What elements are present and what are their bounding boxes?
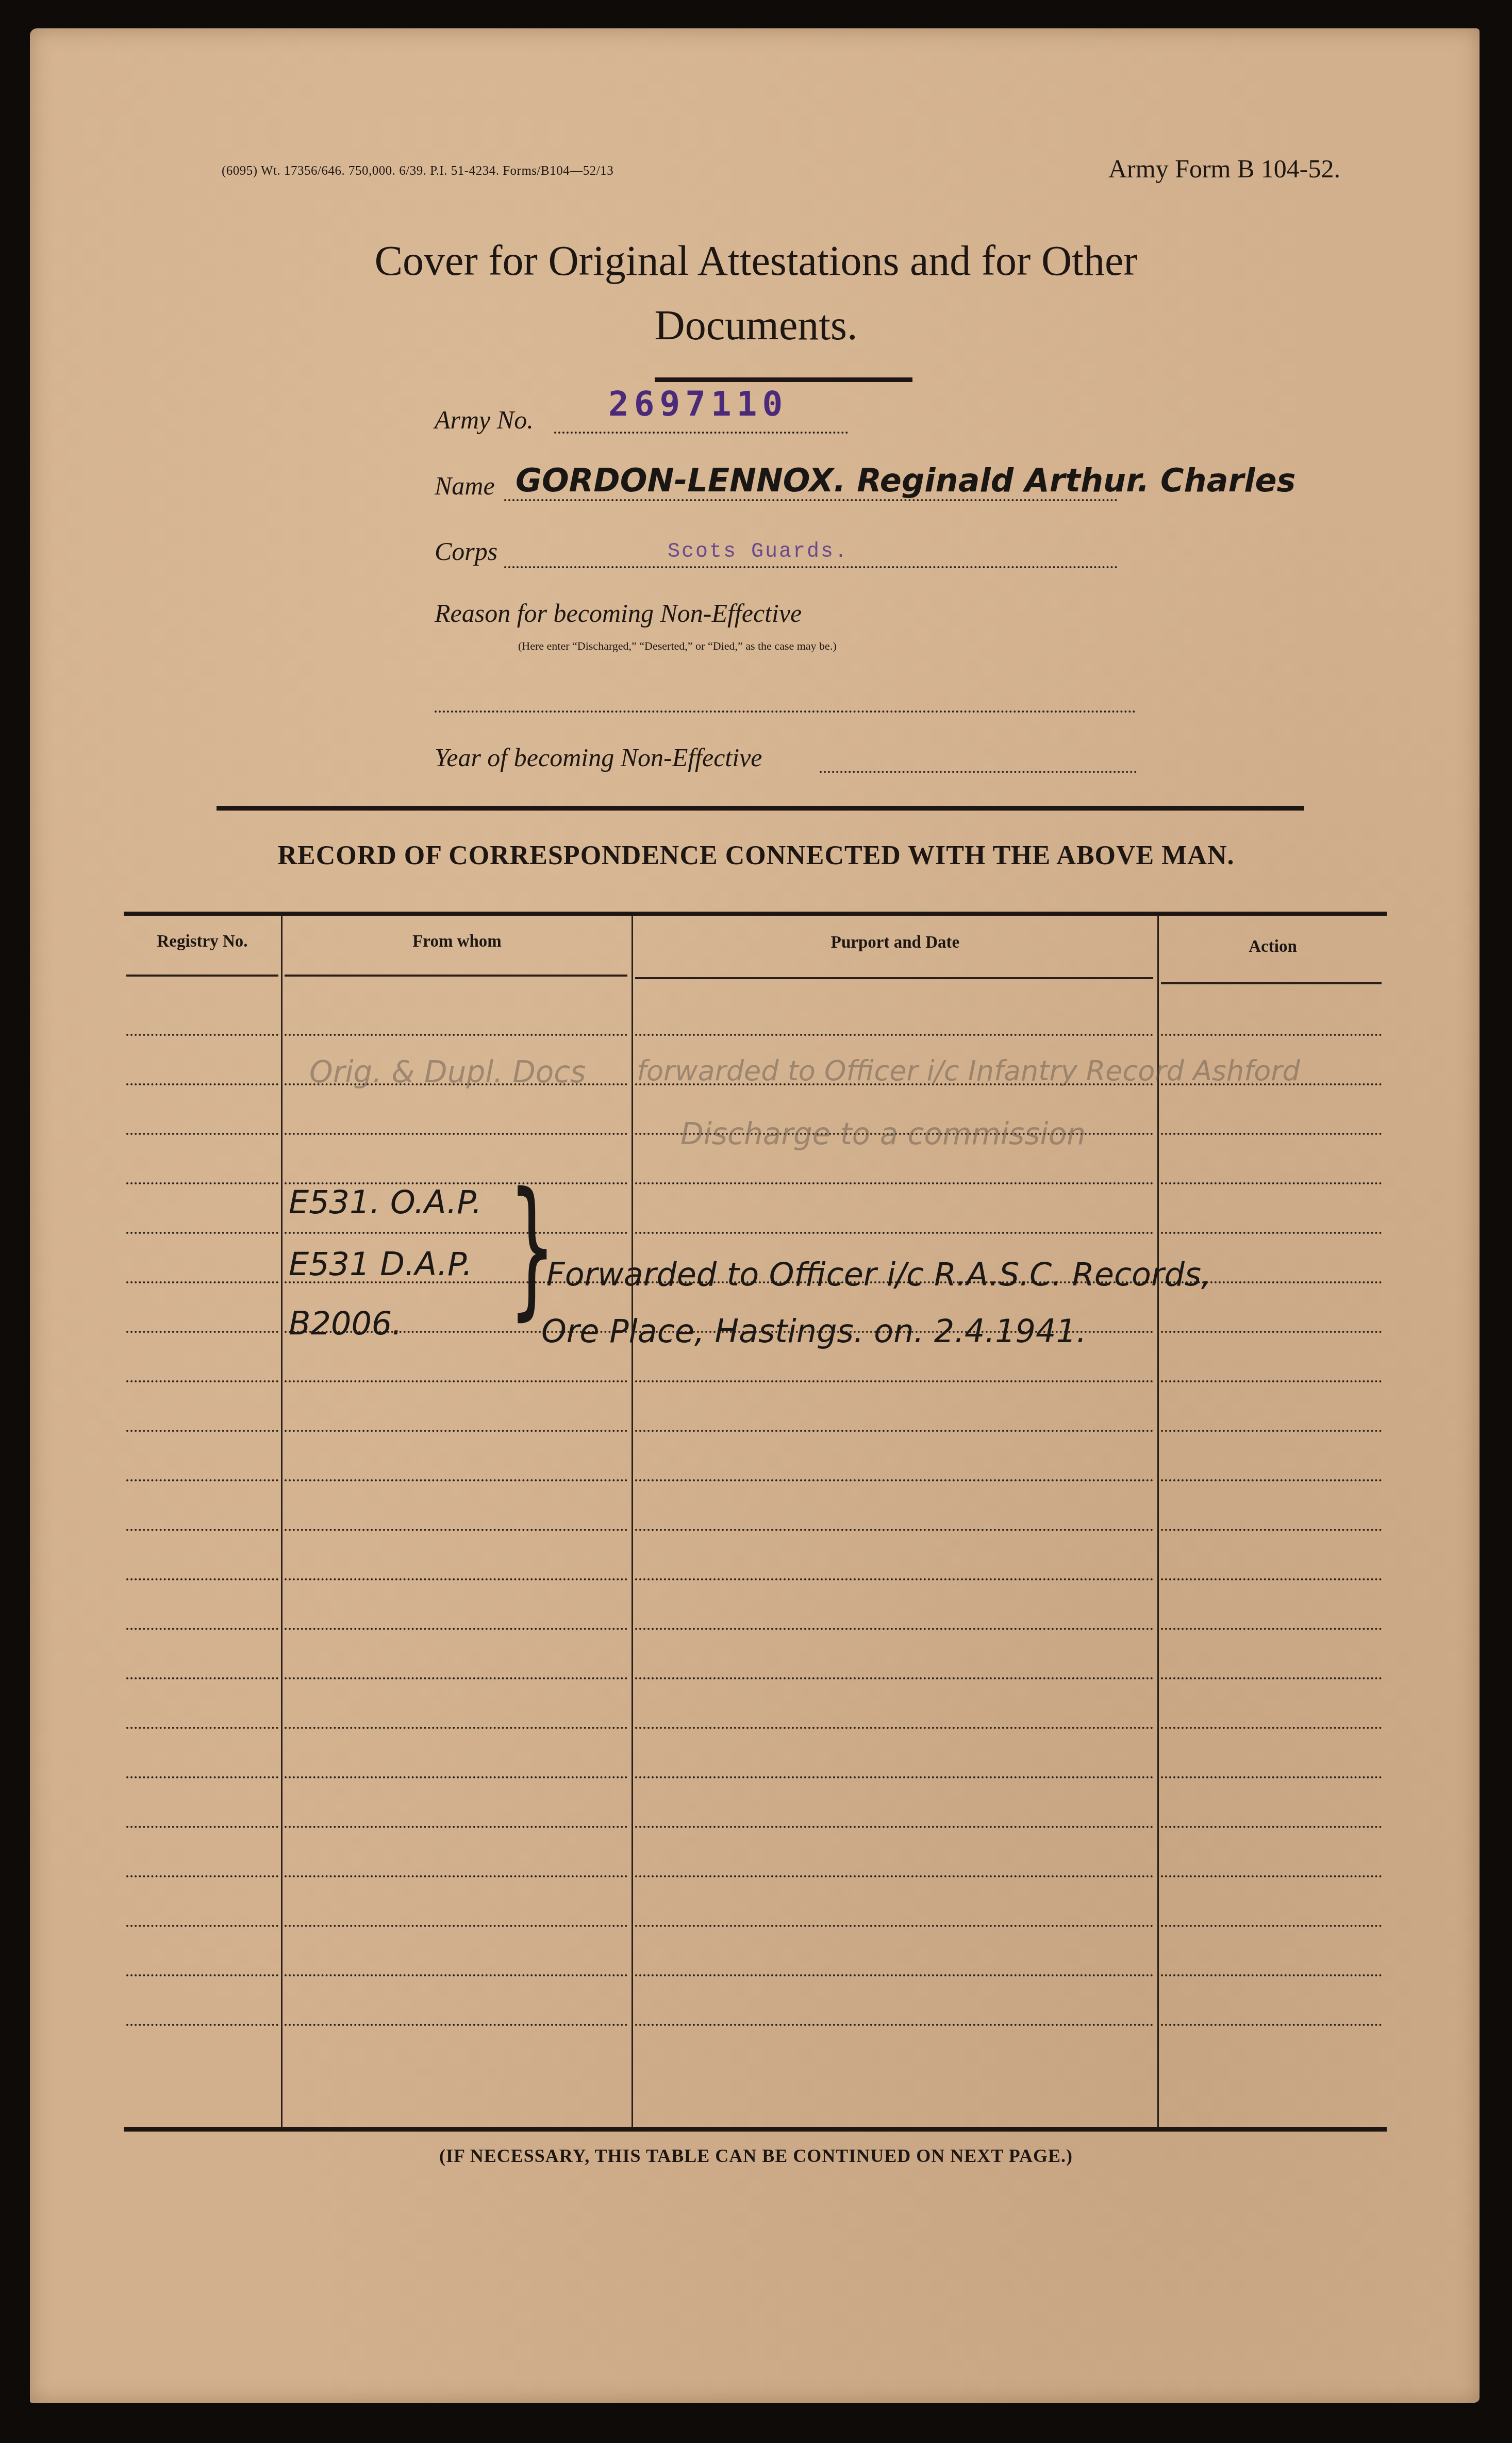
- column-divider: [1157, 916, 1159, 2127]
- row-dotted-line: [1161, 1331, 1382, 1333]
- section-divider: [217, 806, 1304, 811]
- print-reference-line: (6095) Wt. 17356/646. 750,000. 6/39. P.I…: [222, 164, 613, 178]
- row-dotted-line: [126, 1182, 278, 1184]
- pencil-entry-purport-line2: Discharge to a commission: [680, 1116, 1086, 1151]
- row-dotted-line: [1161, 1826, 1382, 1828]
- row-dotted-line: [1161, 1677, 1382, 1679]
- row-dotted-line: [126, 1529, 278, 1531]
- row-dotted-line: [1161, 1974, 1382, 1976]
- row-dotted-line: [285, 1776, 627, 1778]
- row-dotted-line: [126, 1875, 278, 1877]
- army-no-label: Army No.: [435, 405, 534, 435]
- row-dotted-line: [285, 1727, 627, 1729]
- row-dotted-line: [1161, 1430, 1382, 1432]
- header-underline: [1161, 982, 1382, 984]
- row-dotted-line: [1161, 1380, 1382, 1382]
- form-number: Army Form B 104-52.: [1108, 154, 1340, 184]
- column-header-registry-no: Registry No.: [124, 932, 281, 951]
- row-dotted-line: [126, 1380, 278, 1382]
- pencil-entry-purport-line1: forwarded to Officer i/c Infantry Record…: [637, 1054, 1300, 1087]
- row-dotted-line: [635, 1776, 1153, 1778]
- row-dotted-line: [126, 1083, 278, 1085]
- table-footer-note: (IF NECESSARY, THIS TABLE CAN BE CONTINU…: [0, 2145, 1512, 2167]
- row-dotted-line: [285, 1826, 627, 1828]
- name-value: GORDON-LENNOX. Reginald Arthur. Charles: [516, 461, 1295, 499]
- row-dotted-line: [285, 2024, 627, 2026]
- row-dotted-line: [285, 1875, 627, 1877]
- row-dotted-line: [126, 1034, 278, 1036]
- reason-label: Reason for becoming Non-Effective: [435, 598, 802, 628]
- name-label: Name: [435, 471, 495, 501]
- ink-entry-purport-line1: Forwarded to Officer i/c R.A.S.C. Record…: [546, 1256, 1211, 1293]
- column-divider: [632, 916, 633, 2127]
- row-dotted-line: [285, 1925, 627, 1927]
- row-dotted-line: [635, 1826, 1153, 1828]
- ink-entry-registry-3: B2006.: [289, 1305, 402, 1342]
- year-label: Year of becoming Non-Effective: [435, 742, 762, 772]
- row-dotted-line: [126, 1677, 278, 1679]
- row-dotted-line: [1161, 1727, 1382, 1729]
- row-dotted-line: [635, 1479, 1153, 1481]
- brace-icon: }: [508, 1173, 556, 1323]
- row-dotted-line: [635, 1727, 1153, 1729]
- row-dotted-line: [635, 1925, 1153, 1927]
- title-rule: [655, 377, 912, 382]
- row-dotted-line: [126, 1430, 278, 1432]
- row-dotted-line: [635, 1578, 1153, 1580]
- column-header-from-whom: From whom: [283, 932, 632, 951]
- row-dotted-line: [635, 1628, 1153, 1630]
- ink-entry-registry-2: E531 D.A.P.: [289, 1245, 473, 1283]
- row-dotted-line: [1161, 1776, 1382, 1778]
- row-dotted-line: [1161, 1232, 1382, 1234]
- row-dotted-line: [285, 1479, 627, 1481]
- row-dotted-line: [126, 1578, 278, 1580]
- row-dotted-line: [635, 1529, 1153, 1531]
- row-dotted-line: [126, 1331, 278, 1333]
- row-dotted-line: [1161, 1034, 1382, 1036]
- row-dotted-line: [635, 1232, 1153, 1234]
- row-dotted-line: [635, 1182, 1153, 1184]
- corps-label: Corps: [435, 536, 497, 566]
- row-dotted-line: [635, 2024, 1153, 2026]
- row-dotted-line: [1161, 2024, 1382, 2026]
- page-title-line2: Documents.: [0, 304, 1512, 346]
- column-header-purport-and-date: Purport and Date: [633, 933, 1157, 952]
- row-dotted-line: [126, 1133, 278, 1135]
- header-underline: [635, 977, 1153, 979]
- row-dotted-line: [285, 1133, 627, 1135]
- row-dotted-line: [285, 1232, 627, 1234]
- row-dotted-line: [285, 1677, 627, 1679]
- row-dotted-line: [285, 1430, 627, 1432]
- table-bottom-rule: [124, 2127, 1387, 2132]
- corps-value: Scots Guards.: [668, 540, 849, 564]
- row-dotted-line: [126, 2024, 278, 2026]
- row-dotted-line: [1161, 1182, 1382, 1184]
- table-top-rule: [124, 912, 1387, 916]
- row-dotted-line: [126, 1628, 278, 1630]
- row-dotted-line: [126, 1776, 278, 1778]
- record-heading: RECORD OF CORRESPONDENCE CONNECTED WITH …: [0, 840, 1512, 871]
- row-dotted-line: [1161, 1133, 1382, 1135]
- row-dotted-line: [1161, 1578, 1382, 1580]
- page-title-line1: Cover for Original Attestations and for …: [0, 240, 1512, 282]
- row-dotted-line: [126, 1974, 278, 1976]
- corps-dotted-line: [504, 566, 1118, 568]
- row-dotted-line: [285, 1529, 627, 1531]
- row-dotted-line: [1161, 1875, 1382, 1877]
- reason-dotted-line: [435, 711, 1136, 713]
- army-no-dotted-line: [554, 432, 848, 434]
- row-dotted-line: [126, 1826, 278, 1828]
- row-dotted-line: [635, 1974, 1153, 1976]
- name-dotted-line: [504, 499, 1118, 501]
- row-dotted-line: [126, 1479, 278, 1481]
- row-dotted-line: [635, 1430, 1153, 1432]
- header-underline: [285, 975, 627, 977]
- row-dotted-line: [635, 1875, 1153, 1877]
- row-dotted-line: [1161, 1529, 1382, 1531]
- row-dotted-line: [126, 1727, 278, 1729]
- row-dotted-line: [1161, 1479, 1382, 1481]
- row-dotted-line: [1161, 1925, 1382, 1927]
- row-dotted-line: [635, 1034, 1153, 1036]
- ink-entry-registry-1: E531. O.A.P.: [289, 1183, 482, 1221]
- row-dotted-line: [285, 1628, 627, 1630]
- row-dotted-line: [1161, 1628, 1382, 1630]
- year-dotted-line: [820, 771, 1137, 773]
- row-dotted-line: [285, 1578, 627, 1580]
- row-dotted-line: [635, 1677, 1153, 1679]
- ink-entry-purport-line2: Ore Place, Hastings. on. 2.4.1941.: [541, 1312, 1087, 1350]
- pencil-entry-from-whom: Orig. & Dupl. Docs: [309, 1054, 586, 1090]
- row-dotted-line: [285, 1034, 627, 1036]
- header-underline: [126, 975, 278, 977]
- row-dotted-line: [126, 1232, 278, 1234]
- column-header-action: Action: [1159, 937, 1387, 956]
- row-dotted-line: [285, 1974, 627, 1976]
- row-dotted-line: [126, 1281, 278, 1283]
- army-no-value: 2697110: [608, 384, 788, 424]
- row-dotted-line: [126, 1925, 278, 1927]
- row-dotted-line: [285, 1380, 627, 1382]
- row-dotted-line: [635, 1380, 1153, 1382]
- reason-note: (Here enter “Discharged,” “Deserted,” or…: [518, 639, 837, 653]
- column-divider: [281, 916, 283, 2127]
